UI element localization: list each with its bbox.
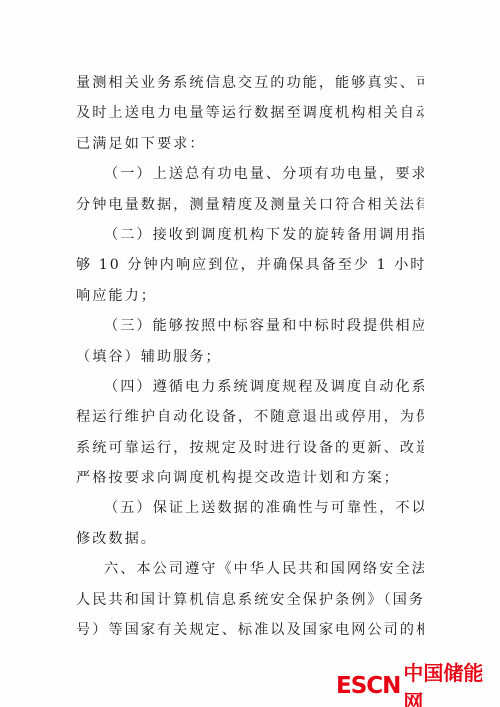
text-line: 量测相关业务系统信息交互的功能，能够真实、可靠、准确、 [76,68,424,98]
text-line: （三）能够按照中标容量和中标时段提供相应的削峰 [76,311,424,341]
text-line: 系统可靠运行，按规定及时进行设备的更新、改造，改造前 [76,433,424,463]
text-line: 够 10 分钟内响应到位，并确保具备至少 1 小时的备用持续 [76,250,424,280]
document-body: 量测相关业务系统信息交互的功能，能够真实、可靠、准确、 及时上送电力电量等运行数… [76,68,424,645]
text-line: 六、本公司遵守《中华人民共和国网络安全法》、《中华 [76,554,424,584]
escn-watermark-logo: ESCN 中国储能网 [336,673,500,699]
text-line: （五）保证上送数据的准确性与可靠性，不以任何理由 [76,493,424,523]
text-line: （一）上送总有功电量、分项有功电量，要求提供 15 [76,159,424,189]
text-line: 修改数据。 [76,524,424,554]
document-page: 量测相关业务系统信息交互的功能，能够真实、可靠、准确、 及时上送电力电量等运行数… [0,0,500,707]
text-line: 号）等国家有关规定、标准以及国家电网公司的相关要求， [76,615,424,645]
text-line: 及时上送电力电量等运行数据至调度机构相关自动化系统， [76,98,424,128]
logo-text-en: ESCN [336,673,400,699]
text-line: 响应能力； [76,281,424,311]
text-line: 严格按要求向调度机构提交改造计划和方案； [76,463,424,493]
text-line: 分钟电量数据，测量精度及测量关口符合相关法律规定要求； [76,190,424,220]
text-line: （四）遵循电力系统调度规程及调度自动化系统有关规 [76,372,424,402]
text-line: 程运行维护自动化设备，不随意退出或停用，为保证自动化 [76,402,424,432]
text-line: 已满足如下要求： [76,129,424,159]
text-line: （填谷）辅助服务； [76,342,424,372]
logo-text-cn: 中国储能网 [403,657,500,707]
text-line: （二）接收到调度机构下发的旋转备用调用指令后，能 [76,220,424,250]
text-line: 人民共和国计算机信息系统安全保护条例》（国务院令第 588 [76,585,424,615]
